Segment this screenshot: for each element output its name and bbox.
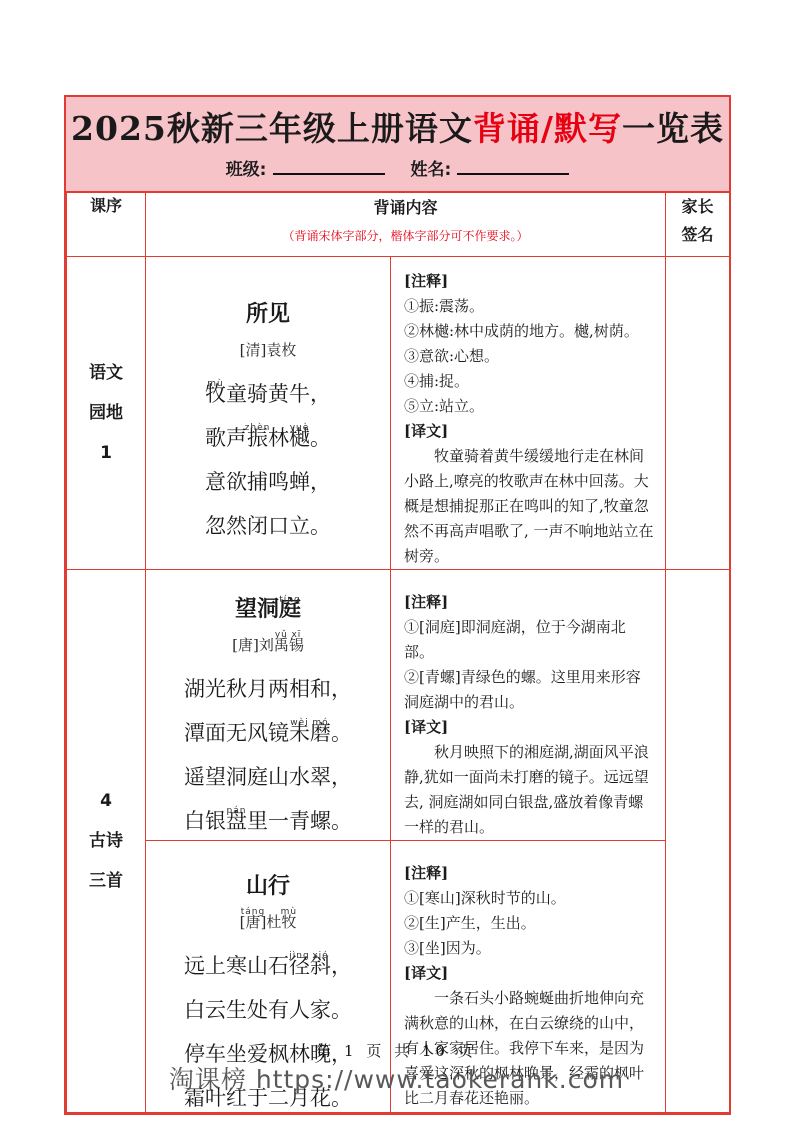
note-line-para: 牧童骑着黄牛缓缓地行走在林间小路上,嘹亮的牧歌声在林中回荡。大概是想捕捉那正在鸣…: [404, 444, 655, 569]
worksheet: 2025秋新三年级上册语文背诵/默写一览表 班级:姓名: 课序 背诵内容 （背诵…: [64, 95, 731, 1115]
text-segment: 山行: [246, 873, 290, 899]
poem-line: 白云生处有人家。: [146, 979, 390, 1023]
note-line-item: ③意欲:心想。: [404, 344, 655, 369]
course-cell-yuwenyuandi1: 语文 园地 1: [67, 257, 146, 570]
poem-title: 山行: [146, 873, 390, 899]
poem-lines: 湖光秋月两相和，潭面无风镜未wèi磨mó。遥望洞庭山水翠，白银盘pán里一青螺。: [146, 658, 390, 834]
note-line-item: ③[坐]因为。: [404, 936, 655, 961]
text-segment: 径jìng: [289, 953, 310, 979]
poem-line: 忽然闭口立。: [146, 495, 390, 539]
text-segment: 潭面无风镜: [184, 720, 289, 746]
page-title: 2025秋新三年级上册语文背诵/默写一览表: [66, 111, 729, 147]
notes-wangdongting: [注释]①[洞庭]即洞庭湖，位于今湖南北部。②[青螺]青绿色的螺。这里用来形容洞…: [391, 570, 666, 841]
pinyin-annotation: tíng: [279, 587, 300, 613]
table-row-wangdongting: 4 古诗 三首 望洞庭tíng [唐]刘禹yǔ锡xī 湖光秋月两相和，潭面无风镜…: [67, 570, 730, 841]
notes-suojian: [注释]①振:震荡。②林樾:林中成荫的地方。樾,树荫。③意欲:心想。④捕:捉。⑤…: [391, 257, 666, 570]
text-segment: [清]袁枚: [240, 341, 297, 359]
poem-line: 远上寒山石径jìng斜xié，: [146, 935, 390, 979]
text-segment: 磨mó: [310, 720, 331, 746]
text-segment: 。: [310, 425, 331, 451]
text-segment: 盘pán: [226, 808, 247, 834]
pinyin-annotation: zhèn: [245, 415, 271, 441]
text-segment: 远上寒山石: [184, 953, 289, 979]
note-line-item: ①[洞庭]即洞庭湖，位于今湖南北部。: [404, 615, 655, 665]
text-segment: 牧mù: [281, 913, 296, 931]
poem-author: [清]袁枚: [146, 341, 390, 359]
text-segment: 牧mù: [205, 381, 226, 407]
pinyin-annotation: xī: [291, 626, 301, 644]
note-line-head: [译文]: [404, 419, 655, 444]
watermark: 淘课榜 https://www.taokerank.com: [0, 1060, 793, 1096]
poem-author: [唐táng]杜牧mù: [146, 913, 390, 931]
text-segment: 未wèi: [289, 720, 310, 746]
pinyin-annotation: yuè: [290, 415, 310, 441]
course-line: 园地: [67, 393, 145, 433]
page-number: 第 1 页 共 10 页: [0, 1040, 793, 1061]
poem-line: 意欲捕鸣蝉，: [146, 451, 390, 495]
header-course: 课序: [67, 193, 146, 257]
title-highlight: 背诵/默写: [473, 109, 622, 148]
note-line-head: [译文]: [404, 961, 655, 986]
text-segment: 童骑黄牛，: [226, 381, 331, 407]
text-segment: 意欲捕鸣蝉，: [205, 469, 331, 495]
recitation-table: 课序 背诵内容 （背诵宋体字部分，楷体字部分可不作要求。） 家长 签名 语文 园…: [66, 192, 730, 1113]
name-label: 姓名:: [411, 160, 452, 180]
title-block: 2025秋新三年级上册语文背诵/默写一览表 班级:姓名:: [66, 97, 729, 192]
header-sign-line2: 签名: [666, 221, 729, 249]
poem-line: 遥望洞庭山水翠，: [146, 746, 390, 790]
course-line: 4: [67, 781, 145, 821]
class-name-line: 班级:姓名:: [66, 155, 729, 180]
note-line-head: [注释]: [404, 590, 655, 615]
note-line-item: ⑤立:站立。: [404, 394, 655, 419]
header-content: 背诵内容 （背诵宋体字部分，楷体字部分可不作要求。）: [146, 193, 666, 257]
poem-suojian: 所见 [清]袁枚 牧mù童骑黄牛，歌声振zhèn林樾yuè。意欲捕鸣蝉，忽然闭口…: [146, 257, 391, 570]
text-segment: 庭tíng: [279, 596, 301, 622]
course-line: 三首: [67, 861, 145, 901]
text-segment: ]杜: [261, 913, 282, 931]
text-segment: 樾yuè: [289, 425, 310, 451]
course-line: 古诗: [67, 821, 145, 861]
text-segment: 锡xī: [289, 636, 304, 654]
header-parent-sign: 家长 签名: [666, 193, 730, 257]
title-part-1: 2025秋新三年级上册语文: [71, 109, 473, 148]
poem-title: 所见: [146, 301, 390, 327]
text-segment: 歌声: [205, 425, 247, 451]
text-segment: 斜xié: [310, 953, 331, 979]
pinyin-annotation: pán: [227, 798, 247, 824]
note-line-item: ②[生]产生，生出。: [404, 911, 655, 936]
text-segment: 禹yǔ: [274, 636, 289, 654]
note-line-item: ①振:震荡。: [404, 294, 655, 319]
pinyin-annotation: wèi: [290, 710, 308, 736]
note-line-head: [注释]: [404, 269, 655, 294]
text-segment: 望洞: [235, 596, 279, 622]
note-line-para: 秋月映照下的湘庭湖,湖面风平浪静,犹如一面尚未打磨的镜子。远远望去, 洞庭湖如同…: [404, 740, 655, 840]
header-content-note: （背诵宋体字部分，楷体字部分可不作要求。）: [146, 227, 665, 244]
table-header-row: 课序 背诵内容 （背诵宋体字部分，楷体字部分可不作要求。） 家长 签名: [67, 193, 730, 257]
poem-title: 望洞庭tíng: [146, 596, 390, 622]
sign-cell-row2: [666, 570, 730, 1113]
text-segment: ，: [331, 953, 352, 979]
table-row-yuwenyuandi1: 语文 园地 1 所见 [清]袁枚 牧mù童骑黄牛，歌声振zhèn林樾yuè。意欲…: [67, 257, 730, 570]
title-part-2: 一览表: [622, 109, 724, 148]
text-segment: 里一青螺。: [247, 808, 352, 834]
pinyin-annotation: mù: [207, 371, 223, 397]
course-cell-gushisanshou: 4 古诗 三首: [67, 570, 146, 1113]
header-sign-line1: 家长: [666, 193, 729, 221]
header-content-title: 背诵内容: [146, 195, 665, 218]
note-line-item: ④捕:捉。: [404, 369, 655, 394]
text-segment: 忽然闭口立。: [205, 513, 331, 539]
pinyin-annotation: yǔ: [275, 626, 288, 644]
note-line-item: ②林樾:林中成荫的地方。樾,树荫。: [404, 319, 655, 344]
pinyin-annotation: xié: [312, 943, 328, 969]
note-line-head: [注释]: [404, 861, 655, 886]
text-segment: 。: [331, 720, 352, 746]
poem-lines: 牧mù童骑黄牛，歌声振zhèn林樾yuè。意欲捕鸣蝉，忽然闭口立。: [146, 363, 390, 539]
pinyin-annotation: mù: [281, 903, 297, 921]
pinyin-annotation: jìng: [289, 943, 309, 969]
class-label: 班级:: [226, 160, 267, 180]
poem-line: 牧mù童骑黄牛，: [146, 363, 390, 407]
pinyin-annotation: mó: [312, 710, 328, 736]
text-segment: 湖光秋月两相和，: [184, 676, 352, 702]
text-segment: 唐táng: [245, 913, 260, 931]
course-line: 1: [67, 433, 145, 473]
text-segment: 振zhèn: [247, 425, 268, 451]
note-line-item: ②[青螺]青绿色的螺。这里用来形容洞庭湖中的君山。: [404, 665, 655, 715]
poem-wangdongting: 望洞庭tíng [唐]刘禹yǔ锡xī 湖光秋月两相和，潭面无风镜未wèi磨mó。…: [146, 570, 391, 841]
poem-line: 歌声振zhèn林樾yuè。: [146, 407, 390, 451]
sign-cell-row1: [666, 257, 730, 570]
text-segment: 林: [268, 425, 289, 451]
text-segment: 白银: [184, 808, 226, 834]
poem-line: 湖光秋月两相和，: [146, 658, 390, 702]
text-segment: 所见: [246, 301, 290, 327]
text-segment: [唐]刘: [232, 636, 274, 654]
text-segment: 遥望洞庭山水翠，: [184, 764, 352, 790]
poem-line: 白银盘pán里一青螺。: [146, 790, 390, 834]
poem-line: 潭面无风镜未wèi磨mó。: [146, 702, 390, 746]
text-segment: 白云生处有人家。: [184, 997, 352, 1023]
name-blank-field: [457, 160, 569, 175]
note-line-item: ①[寒山]深秋时节的山。: [404, 886, 655, 911]
note-line-head: [译文]: [404, 715, 655, 740]
poem-author: [唐]刘禹yǔ锡xī: [146, 636, 390, 654]
class-blank-field: [273, 160, 385, 175]
course-line: 语文: [67, 353, 145, 393]
